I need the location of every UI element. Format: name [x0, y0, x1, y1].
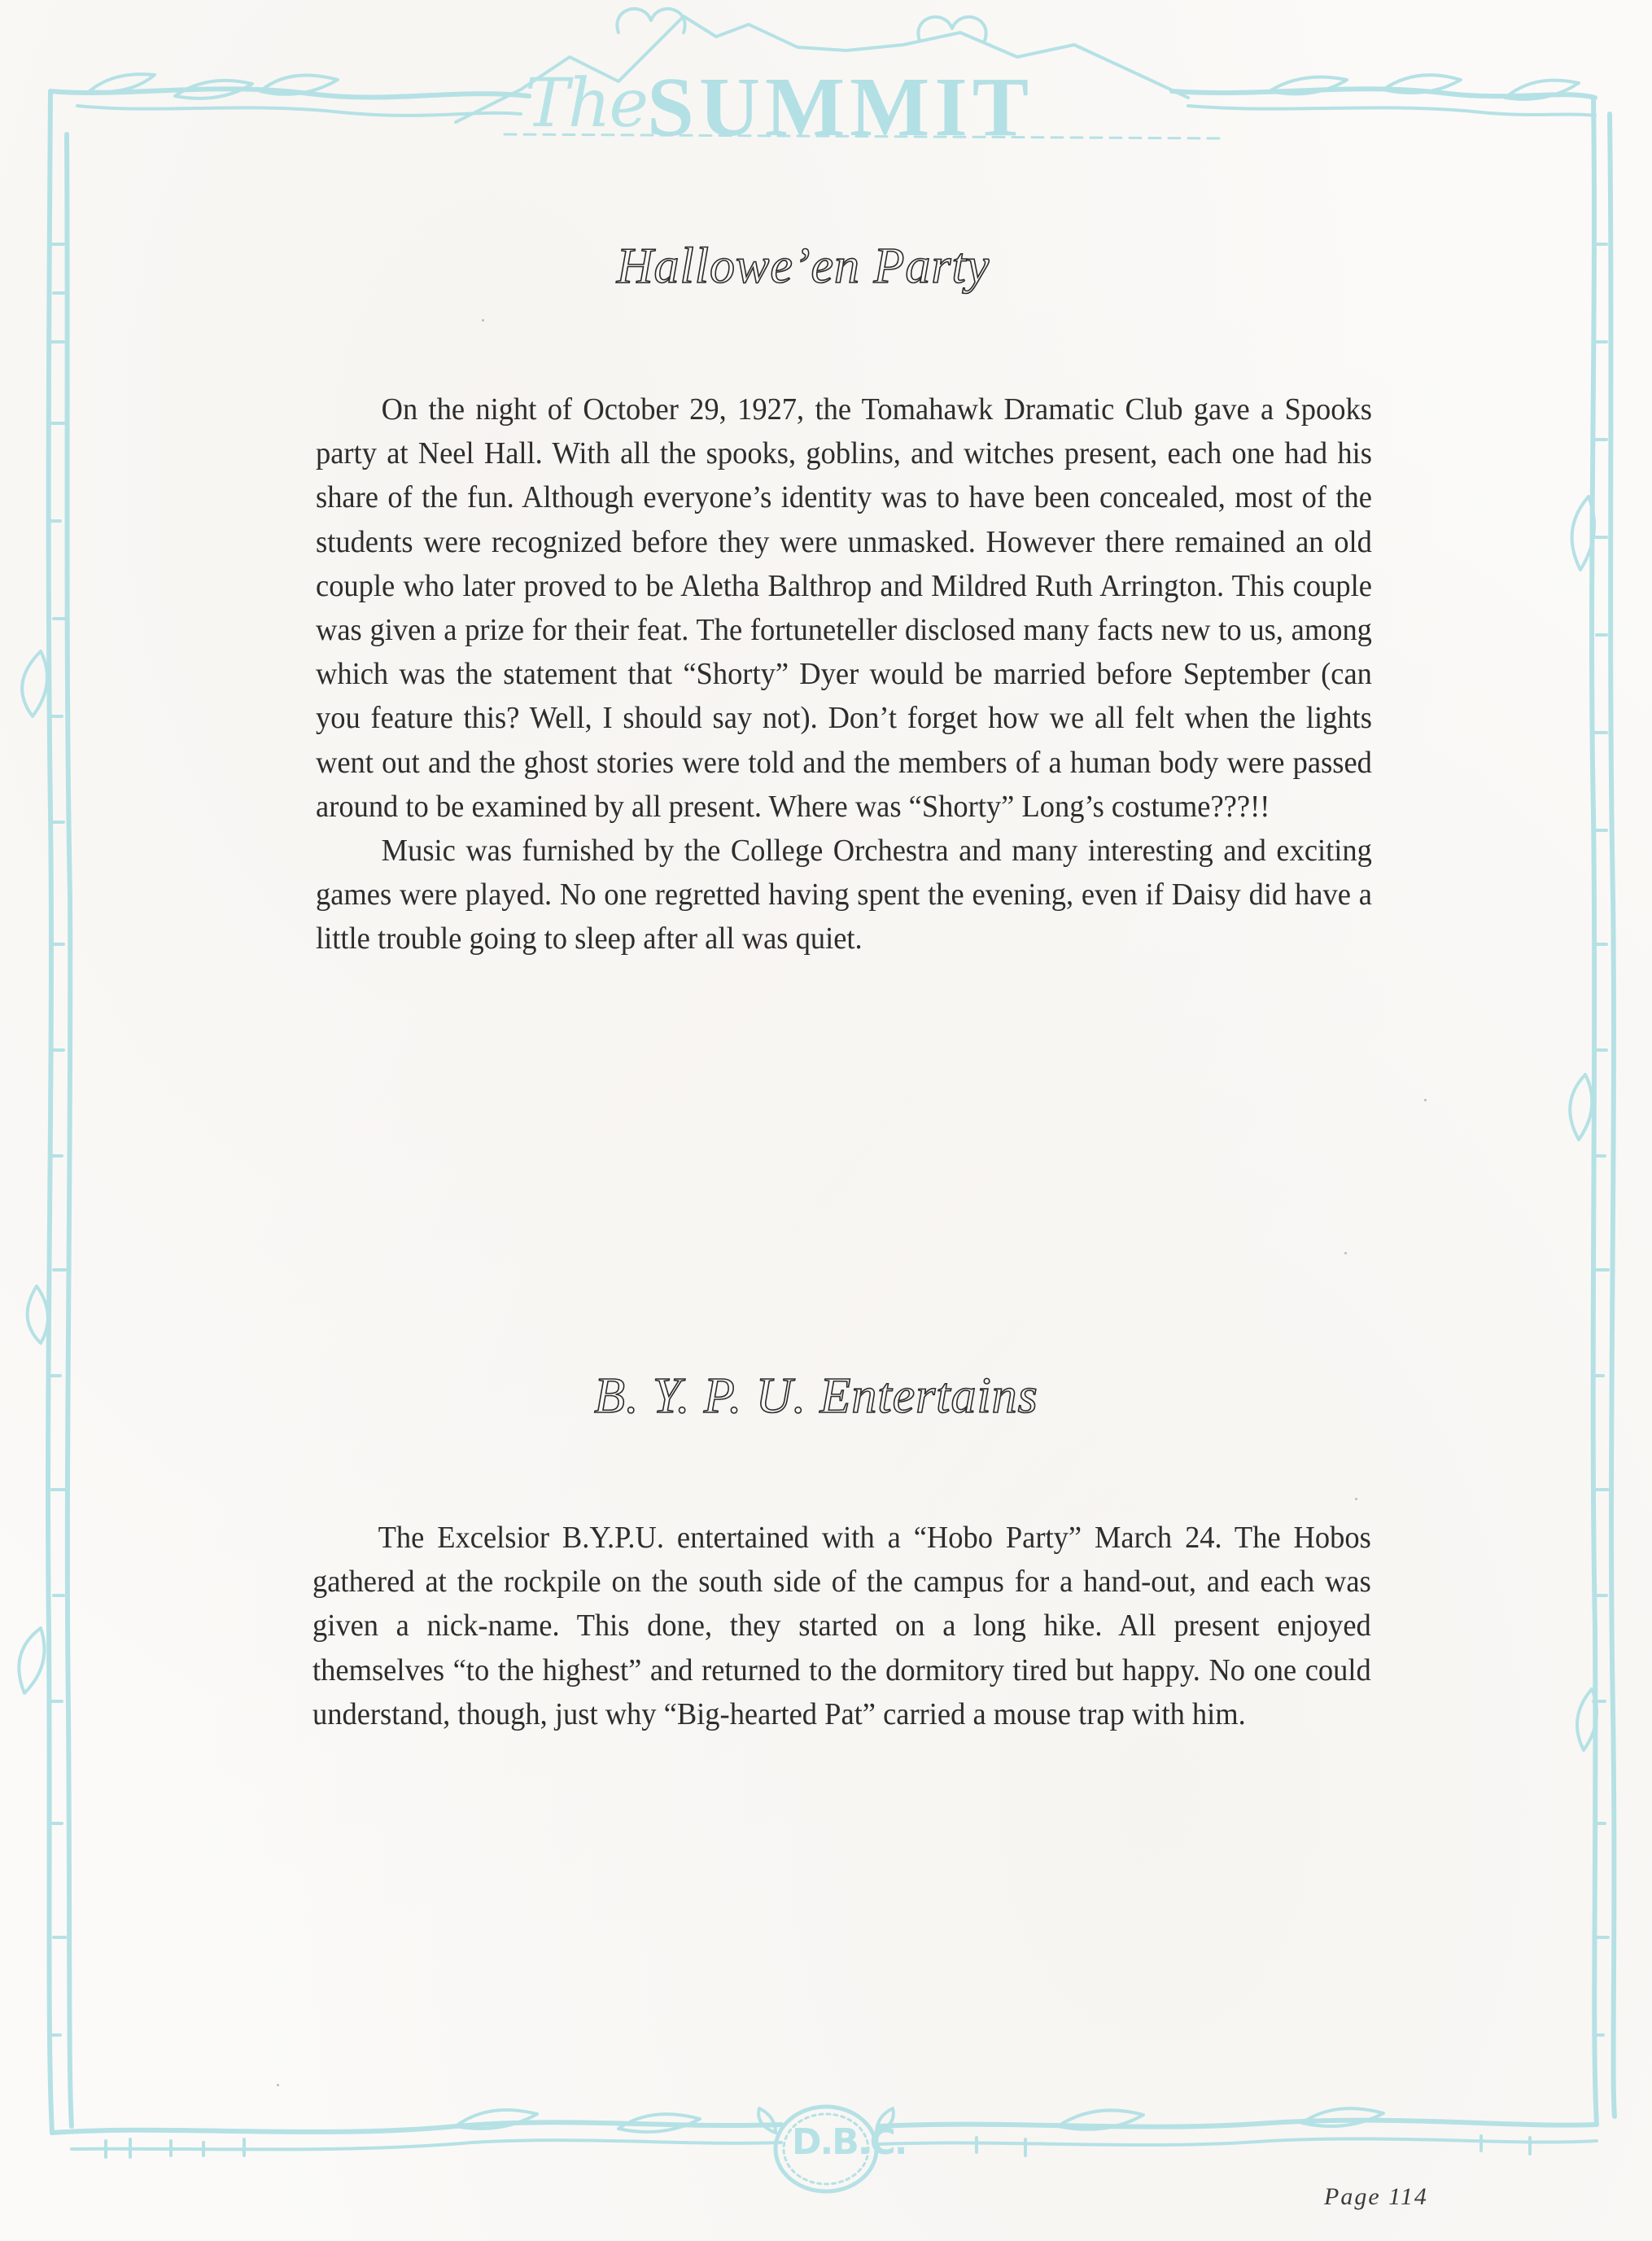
- paper-speck: [1355, 1498, 1357, 1500]
- article-paragraph: Music was furnished by the College Orche…: [316, 829, 1372, 961]
- article-bypu-entertains: The Excelsior B.Y.P.U. entertained with …: [312, 1516, 1371, 1736]
- yearbook-page: The SUMMIT Hallowe’en Party On the night…: [0, 0, 1652, 2241]
- article-paragraph: The Excelsior B.Y.P.U. entertained with …: [312, 1516, 1371, 1736]
- section-title-bypu: B. Y. P. U. Entertains: [0, 1368, 1642, 1425]
- emblem-letters: D.B.C.: [792, 2121, 907, 2163]
- decorative-border: [0, 0, 1652, 2241]
- masthead-the: The: [525, 65, 647, 142]
- section-title-halloween: Hallowe’en Party: [0, 238, 1629, 295]
- article-paragraph: On the night of October 29, 1927, the To…: [316, 387, 1372, 829]
- paper-speck: [1424, 1099, 1427, 1101]
- masthead-title: SUMMIT: [647, 65, 1034, 150]
- paper-speck: [277, 2084, 279, 2086]
- paper-speck: [1344, 1252, 1347, 1254]
- yearbook-masthead: The SUMMIT: [480, 50, 1213, 148]
- article-halloween-party: On the night of October 29, 1927, the To…: [316, 387, 1372, 961]
- page-number: Page 114: [1324, 2183, 1428, 2211]
- paper-speck: [482, 319, 484, 322]
- college-emblem: D.B.C.: [777, 2100, 875, 2190]
